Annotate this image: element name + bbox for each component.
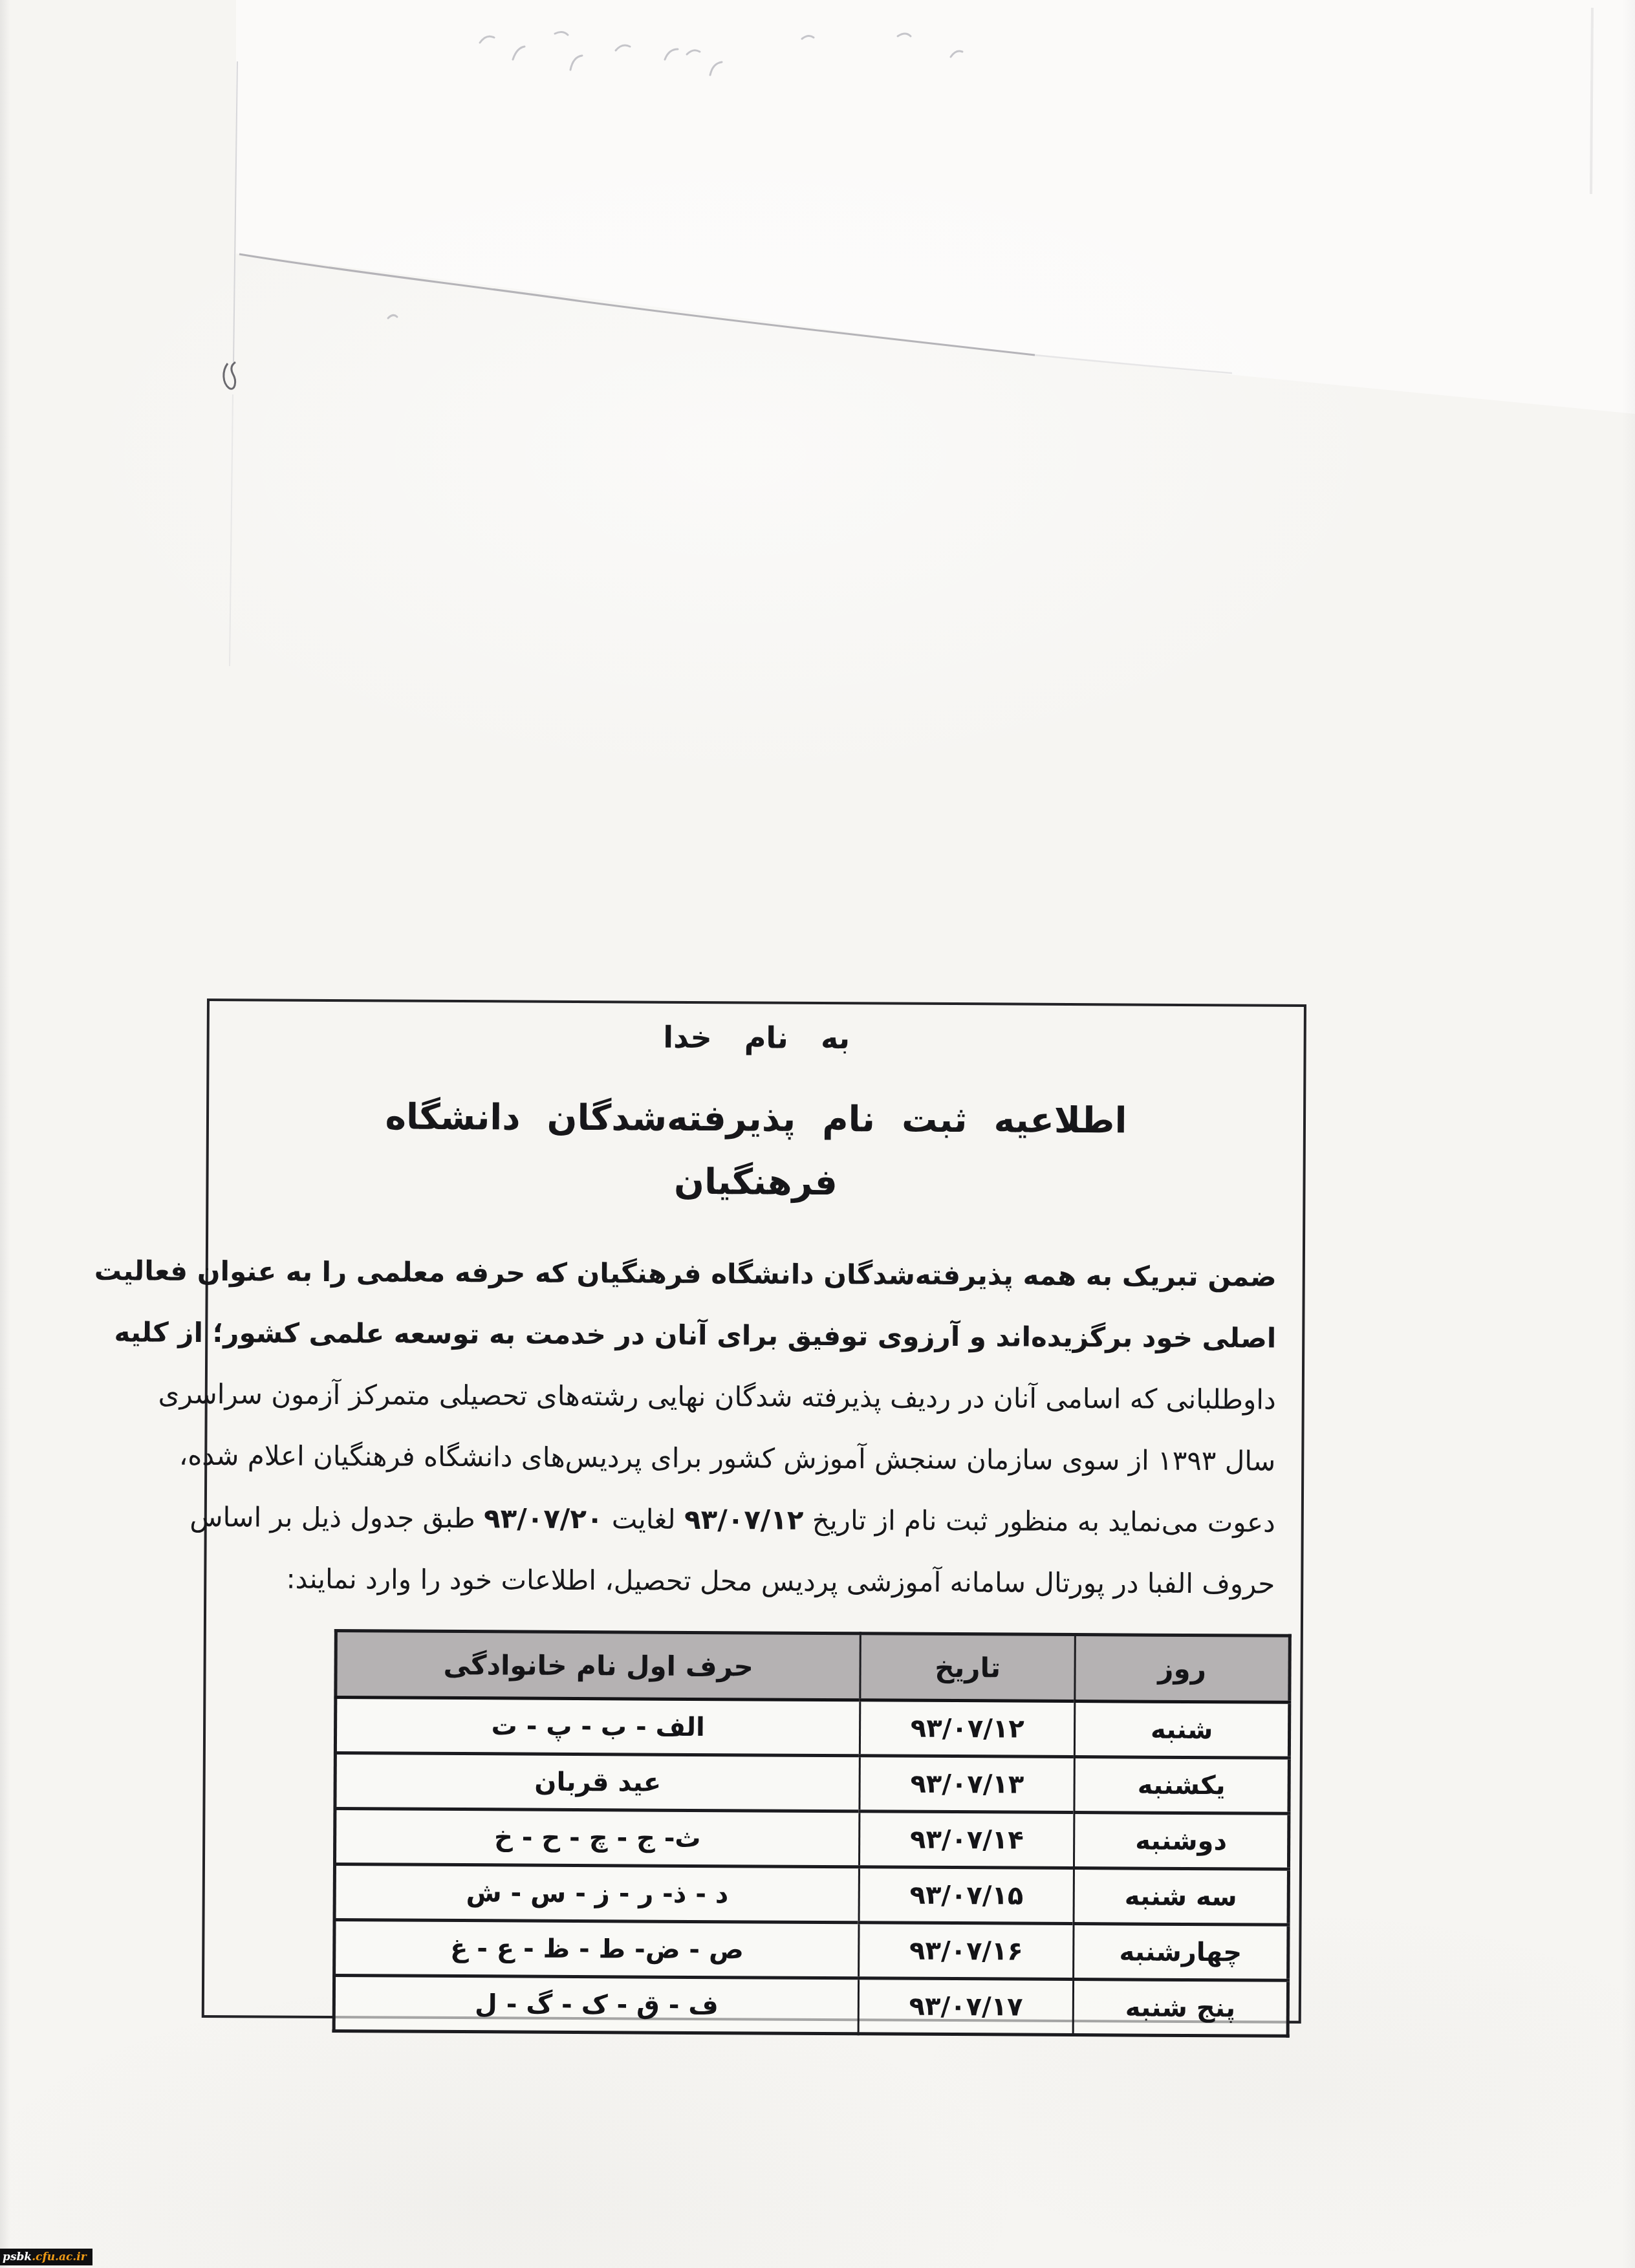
cell-day: چهارشنبه (1074, 1924, 1288, 1981)
cell-letters: ف - ق - ک - گ - ل (334, 1976, 859, 2034)
cell-date: ۹۳/۰۷/۱۴ (860, 1811, 1074, 1868)
notice-paragraph: ضمن تبریک به همه پذیرفته‌شدگان دانشگاه ف… (206, 1240, 1303, 1615)
notice-title: اطلاعیه ثبت نام پذیرفته‌شدگان دانشگاه فر… (208, 1084, 1303, 1216)
paragraph-line: ضمن تبریک به همه پذیرفته‌شدگان دانشگاه ف… (234, 1240, 1277, 1307)
table-row: شنبه ۹۳/۰۷/۱۲ الف - ب - پ - ت (335, 1698, 1289, 1758)
paragraph-line: حروف الفبا در پورتال سامانه آموزشی پردیس… (232, 1548, 1275, 1614)
cell-day: دوشنبه (1074, 1813, 1289, 1870)
cell-day: شنبه (1075, 1701, 1290, 1758)
cell-letters: ث- ج - چ - ح - خ (334, 1809, 860, 1867)
paragraph-segment: دعوت می‌نماید به منظور ثبت نام از تاریخ (812, 1504, 1275, 1539)
watermark-prefix: psbk (3, 2249, 32, 2265)
scanner-streak (1591, 8, 1592, 194)
schedule-table-wrapper: روز تاریخ حرف اول نام خانوادگی شنبه ۹۳/۰… (204, 1628, 1301, 2038)
cell-day: یکشنبه (1074, 1757, 1289, 1814)
bismillah-line: به نام خدا (210, 1014, 1304, 1061)
table-header-row: روز تاریخ حرف اول نام خانوادگی (336, 1631, 1290, 1703)
overlay-paper-sheet (0, 0, 1635, 453)
cell-date: ۹۳/۰۷/۱۲ (860, 1700, 1075, 1757)
paragraph-line: داوطلبانی که اسامی آنان در ردیف پذیرفته … (233, 1363, 1276, 1430)
registration-end-date: ۹۳/۰۷/۲۰ (484, 1502, 603, 1535)
cell-letters: ص - ض- ط - ظ - ع - غ (334, 1920, 860, 1978)
header-cell-date: تاریخ (860, 1634, 1075, 1701)
torn-edge-line-fade (1035, 355, 1232, 373)
registration-start-date: ۹۳/۰۷/۱۲ (684, 1504, 804, 1536)
paragraph-line: سال ۱۳۹۳ از سوی سازمان سنجش آموزش کشور ب… (233, 1425, 1275, 1491)
cell-date: ۹۳/۰۷/۱۶ (859, 1923, 1074, 1980)
watermark-suffix: .cfu.ac.ir (32, 2249, 87, 2265)
header-cell-letters: حرف اول نام خانوادگی (336, 1631, 861, 1700)
cell-letters: عید قربان (335, 1753, 860, 1811)
paragraph-segment: طبق جدول ذیل بر اساس (189, 1501, 475, 1534)
paragraph-line: دعوت می‌نماید به منظور ثبت نام از تاریخ … (233, 1486, 1275, 1553)
table-row: دوشنبه ۹۳/۰۷/۱۴ ث- ج - چ - ح - خ (334, 1809, 1288, 1870)
header-cell-day: روز (1075, 1635, 1290, 1703)
cell-day: پنج شنبه (1073, 1980, 1288, 2036)
scanned-announcement-page: { "colors": { "paper": "#f6f5f2", "overl… (0, 0, 1635, 2268)
torn-edge-line (239, 254, 1035, 355)
watermark: psbk.cfu.ac.ir (0, 2249, 92, 2265)
cell-day: سه شنبه (1074, 1868, 1288, 1925)
paragraph-line: اصلی خود برگزیده‌اند و آرزوی توفیق برای … (233, 1302, 1276, 1368)
notice-title-line2: فرهنگیان (208, 1147, 1303, 1216)
cell-letters: د - ذ- ر - ز - س - ش (334, 1864, 860, 1923)
cell-date: ۹۳/۰۷/۱۳ (860, 1756, 1074, 1813)
cell-date: ۹۳/۰۷/۱۷ (858, 1978, 1073, 2035)
table-row: پنج شنبه ۹۳/۰۷/۱۷ ف - ق - ک - گ - ل (334, 1976, 1288, 2036)
overlay-left-edge-fade (230, 394, 233, 666)
table-row: چهارشنبه ۹۳/۰۷/۱۶ ص - ض- ط - ظ - ع - غ (334, 1920, 1288, 1981)
registration-schedule-table: روز تاریخ حرف اول نام خانوادگی شنبه ۹۳/۰… (332, 1629, 1292, 2038)
pencil-knot (224, 362, 235, 389)
notice-box: به نام خدا اطلاعیه ثبت نام پذیرفته‌شدگان… (202, 999, 1306, 2024)
cell-letters: الف - ب - پ - ت (335, 1698, 860, 1756)
notice-title-line1: اطلاعیه ثبت نام پذیرفته‌شدگان دانشگاه (209, 1084, 1303, 1153)
cell-date: ۹۳/۰۷/۱۵ (859, 1867, 1074, 1924)
overlay-left-edge-line (233, 61, 237, 362)
table-row: سه شنبه ۹۳/۰۷/۱۵ د - ذ- ر - ز - س - ش (334, 1864, 1288, 1925)
table-row: یکشنبه ۹۳/۰۷/۱۳ عید قربان (335, 1753, 1289, 1814)
pencil-scribbles (388, 32, 962, 318)
paragraph-segment: لغایت (612, 1503, 676, 1535)
